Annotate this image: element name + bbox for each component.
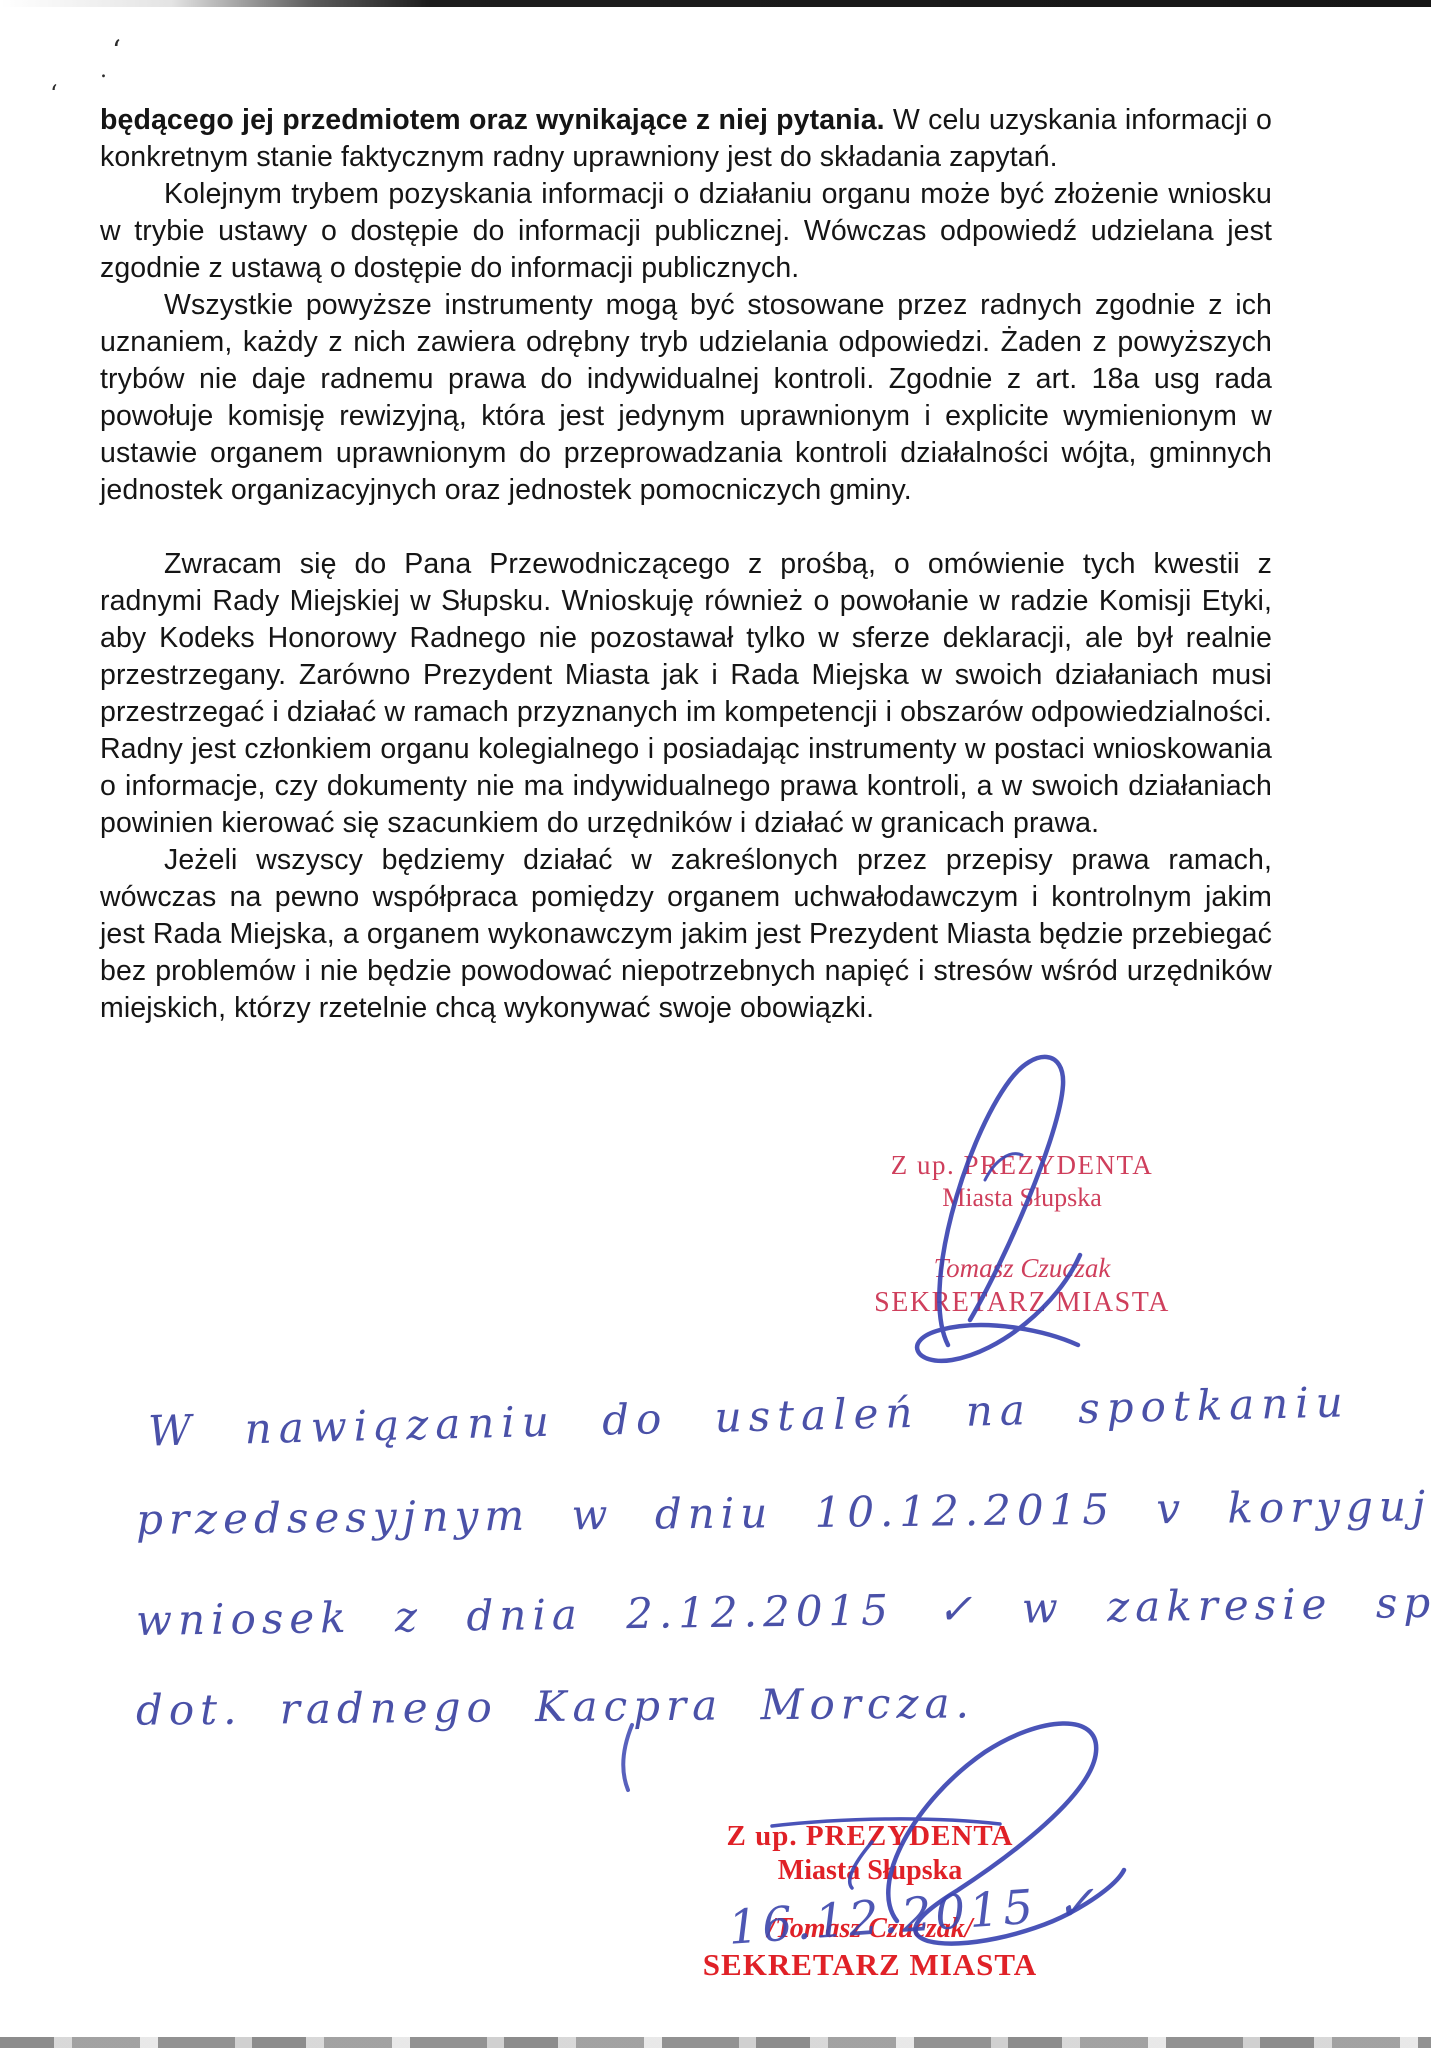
handwritten-note-line-4: dot. radnego Kacpra Morcza. xyxy=(136,1678,975,1734)
paragraph-1-bold-lead: będącego jej przedmiotem oraz wynikające… xyxy=(100,104,885,136)
paragraph-4: Zwracam się do Pana Przewodniczącego z p… xyxy=(100,546,1272,842)
scanned-letter-page: ‘ . ‘ będącego jej przedmiotem oraz wyni… xyxy=(0,0,1431,2048)
stamp-top-name: Tomasz Czuczak xyxy=(862,1253,1182,1284)
stamp-top-city-line: Miasta Słupska xyxy=(862,1183,1182,1213)
handwritten-note-line-1: W nawiązaniu do ustaleń na spotkaniu xyxy=(148,1377,1351,1455)
paragraph-3: Wszystkie powyższe instrumenty mogą być … xyxy=(100,287,1272,509)
paragraph-5: Jeżeli wszyscy będziemy działać w zakreś… xyxy=(100,842,1272,1027)
handwritten-note-line-3: wniosek z dnia 2.12.2015 ✓ w zakresie sp… xyxy=(136,1576,1431,1645)
stamp-top-authorization-line: Z up. PREZYDENTA xyxy=(862,1150,1182,1181)
paragraph-2: Kolejnym trybem pozyskania informacji o … xyxy=(100,176,1272,287)
stamp-bottom-authorization-line: Z up. PREZYDENTA xyxy=(685,1820,1055,1853)
handwritten-note-line-2: przedsesyjnym w dniu 10.12.2015 v korygu… xyxy=(136,1481,1431,1544)
paragraph-1: będącego jej przedmiotem oraz wynikające… xyxy=(100,102,1272,176)
pen-stroke-artifact xyxy=(623,1725,632,1790)
stamp-top-title: SEKRETARZ MIASTA xyxy=(862,1287,1182,1319)
secretary-stamp-top: Z up. PREZYDENTA Miasta Słupska Tomasz C… xyxy=(862,1150,1182,1319)
scan-bottom-edge-artifact xyxy=(0,2037,1431,2048)
scan-speck: ‘ xyxy=(50,80,58,108)
letter-body-text: będącego jej przedmiotem oraz wynikające… xyxy=(100,102,1272,1027)
scan-speck: . xyxy=(100,58,107,83)
scan-speck: ‘ xyxy=(112,34,121,67)
scan-top-edge-artifact xyxy=(0,0,1431,7)
